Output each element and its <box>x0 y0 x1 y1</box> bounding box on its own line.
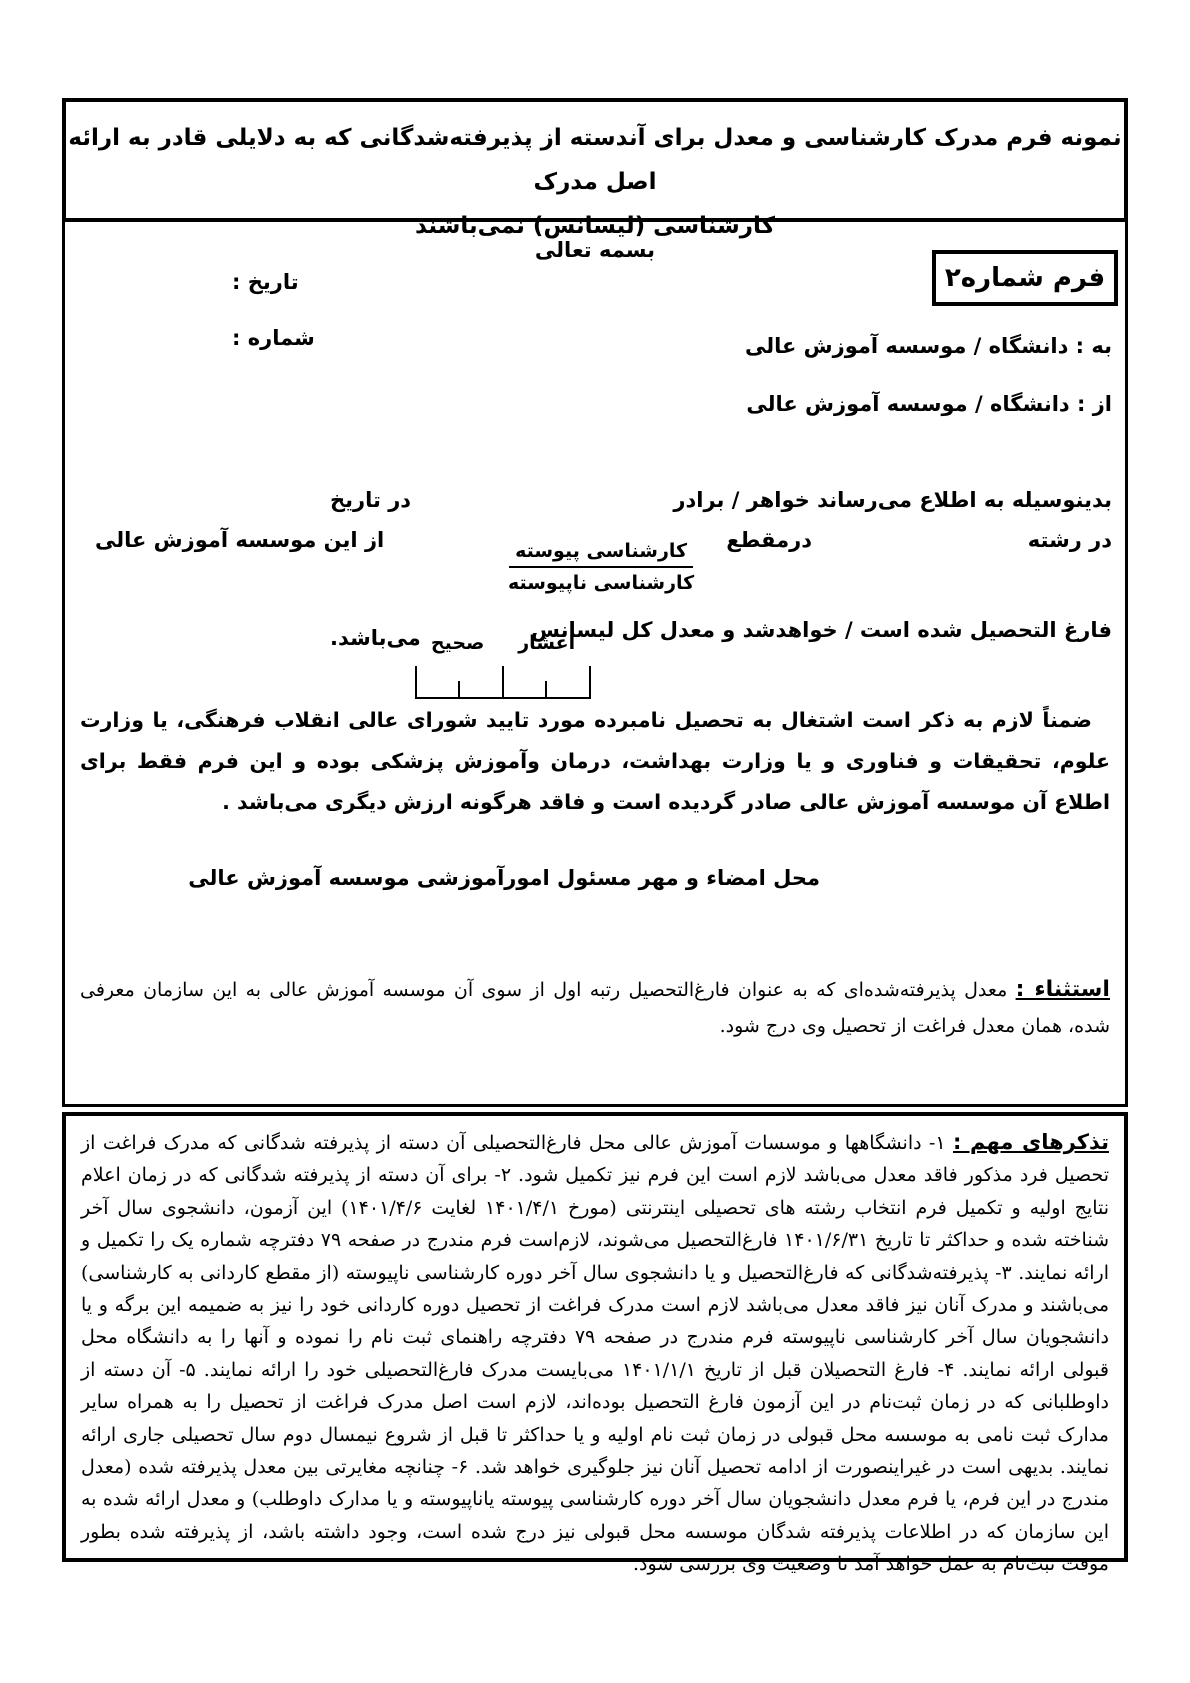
notes-heading: تذکرهای مهم : <box>953 1130 1109 1154</box>
notes-box: تذکرهای مهم : ۱- دانشگاهها و موسسات آموز… <box>62 1112 1128 1562</box>
verb-suffix: می‌باشد. <box>330 626 421 650</box>
notes-body: ۱- دانشگاهها و موسسات آموزش عالی محل فار… <box>81 1132 1109 1575</box>
in-date-label: در تاریخ <box>330 488 411 512</box>
notes-text: تذکرهای مهم : ۱- دانشگاهها و موسسات آموز… <box>81 1126 1109 1581</box>
exception-label: استثناء : <box>1016 977 1110 1002</box>
form-number-label: فرم شماره۲ <box>945 263 1105 293</box>
serial-label: شماره : <box>232 326 315 350</box>
level-label: درمقطع <box>726 528 812 552</box>
grade-labels: اعشار صحیح <box>414 632 592 654</box>
level-group: درمقطع کارشناسی پیوسته کارشناسی ناپیوسته <box>502 528 812 594</box>
announce-line: بدینوسیله به اطلاع می‌رساند خواهر / براد… <box>673 488 1112 512</box>
announce-row: بدینوسیله به اطلاع می‌رساند خواهر / براد… <box>78 488 1112 512</box>
header-title-line1: نمونه فرم مدرک کارشناسی و معدل برای آندس… <box>66 116 1124 204</box>
graduation-line: فارغ التحصیل شده است / خواهدشد و معدل کل… <box>531 618 1112 642</box>
gpa-boxes-grid <box>414 662 592 700</box>
level-option-continuous: کارشناسی پیوسته <box>509 540 693 568</box>
signature-line: محل امضاء و مهر مسئول امورآموزشی موسسه آ… <box>188 866 820 890</box>
date-label: تاریخ : <box>232 270 299 294</box>
form-number-box: فرم شماره۲ <box>932 250 1118 306</box>
level-fraction: کارشناسی پیوسته کارشناسی ناپیوسته <box>502 540 700 594</box>
field-label: در رشته <box>1028 528 1112 552</box>
exception-text: معدل پذیرفته‌شده‌ای که به عنوان فارغ‌الت… <box>80 979 1110 1037</box>
exception-block: استثناء : معدل پذیرفته‌شده‌ای که به عنوا… <box>80 972 1110 1044</box>
header-box: نمونه فرم مدرک کارشناسی و معدل برای آندس… <box>62 98 1128 222</box>
integer-label: صحیح <box>431 632 485 654</box>
document-page: نمونه فرم مدرک کارشناسی و معدل برای آندس… <box>0 0 1190 1683</box>
decimal-label: اعشار <box>518 632 575 654</box>
level-option-discontinuous: کارشناسی ناپیوسته <box>502 568 700 594</box>
from-line: از : دانشگاه / موسسه آموزش عالی <box>746 392 1112 416</box>
from-institute-label: از این موسسه آموزش عالی <box>95 528 384 552</box>
note-paragraph: ضمناً لازم به ذکر است اشتغال به تحصیل نا… <box>80 700 1110 823</box>
to-line: به : دانشگاه / موسسه آموزش عالی <box>745 334 1112 358</box>
